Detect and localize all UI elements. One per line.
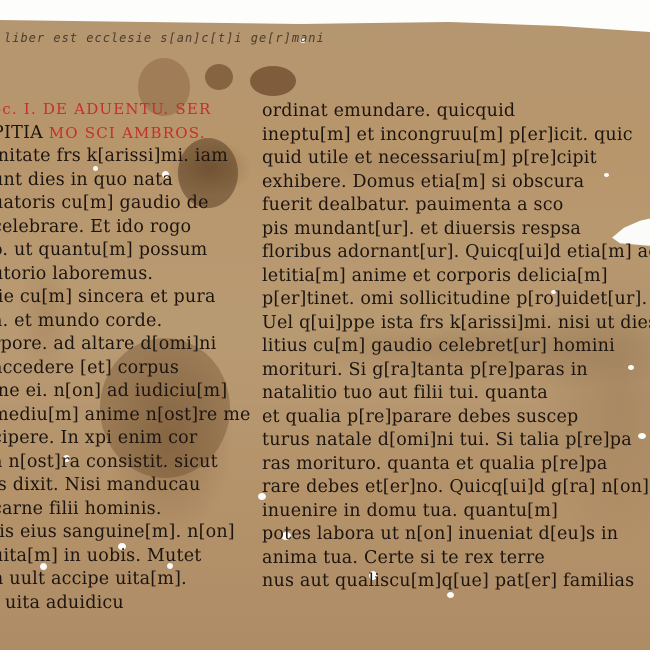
text-line: et qualia p[re]parare debes suscep [262, 406, 592, 430]
text-line: nus aut qualiscu[m]q[ue] pat[er] familia… [262, 570, 592, 594]
text-line: carne filii hominis. [0, 498, 232, 522]
text-line: ras morituro. quanta et qualia p[re]pa [262, 453, 592, 477]
text-line: letitia[m] anime et corporis delicia[m] [262, 265, 592, 289]
text-line: litius cu[m] gaudio celebret[ur] homini [262, 335, 592, 359]
text-line: uatoris cu[m] gaudio de [0, 192, 232, 216]
text-line: pis mundant[ur]. et diuersis respsa [262, 218, 592, 242]
text-line: inuenire in domu tua. quantu[m] [262, 500, 592, 524]
text-line: o. ut quantu[m] possum [0, 239, 232, 263]
text-line: exhibere. Domus etia[m] si obscura [262, 171, 592, 195]
text-line: t uita aduidicu [0, 592, 232, 616]
water-stain [205, 64, 233, 90]
text-line: unt dies in quo nata [0, 169, 232, 193]
text-line: ine ei. n[on] ad iudiciu[m] [0, 380, 232, 404]
rubric-red-text: MO SCI AMBROS. [49, 124, 206, 142]
ink-blot [250, 66, 296, 96]
text-line: cipere. In xpi enim cor [0, 427, 232, 451]
text-line: uita[m] in uobis. Mutet [0, 545, 232, 569]
text-line: ineptu[m] et incongruu[m] p[er]icit. qui… [262, 124, 592, 148]
text-line: tis eius sanguine[m]. n[on] [0, 521, 232, 545]
rubric-black-text: PITIA [0, 123, 49, 143]
text-line: natalitio tuo aut filii tui. quanta [262, 382, 592, 406]
text-line: fuerit dealbatur. pauimenta a sco [262, 194, 592, 218]
rubric-line: PITIA MO SCI AMBROS. [0, 122, 232, 146]
text-line: turus natale d[omi]ni tui. Si talia p[re… [262, 429, 592, 453]
text-line: quid utile et necessariu[m] p[re]cipit [262, 147, 592, 171]
ownership-note: liber est ecclesie s[an]c[t]i ge[r]mani [4, 31, 325, 45]
text-line: morituri. Si g[ra]tanta p[re]paras in [262, 359, 592, 383]
wormhole [638, 433, 646, 439]
text-line: potes labora ut n[on] inueniat d[eu]s in [262, 523, 592, 547]
text-line: rpore. ad altare d[omi]ni [0, 333, 232, 357]
text-line: anima tua. Certe si te rex terre [262, 547, 592, 571]
rubric-heading: oc. I. DE ADUENTU. SER [0, 98, 232, 122]
text-line: utorio laboremus. [0, 263, 232, 287]
wormhole [604, 173, 609, 177]
text-line: Uel q[ui]ppe ista frs k[arissi]mi. nisi … [262, 312, 592, 336]
text-line: a n[ost]ra consistit. sicut [0, 451, 232, 475]
text-line: a. et mundo corde. [0, 310, 232, 334]
text-line: rare debes et[er]no. Quicq[ui]d g[ra] n[… [262, 476, 592, 500]
wormhole [628, 365, 634, 370]
text-line: n uult accipe uita[m]. [0, 568, 232, 592]
text-line: is dixit. Nisi manducau [0, 474, 232, 498]
text-line: celebrare. Et ido rogo [0, 216, 232, 240]
text-line: floribus adornant[ur]. Quicq[ui]d etia[m… [262, 241, 592, 265]
text-line: lie cu[m] sincera et pura [0, 286, 232, 310]
text-line: ordinat emundare. quicquid [262, 100, 592, 124]
left-text-column: oc. I. DE ADUENTU. SER PITIA MO SCI AMBR… [0, 98, 232, 615]
text-line: accedere [et] corpus [0, 357, 232, 381]
text-line: p[er]tinet. omi sollicitudine p[ro]uidet… [262, 288, 592, 312]
text-line: mediu[m] anime n[ost]re me [0, 404, 232, 428]
right-text-column: ordinat emundare. quicquid ineptu[m] et … [262, 100, 592, 594]
text-line: initate frs k[arissi]mi. iam [0, 145, 232, 169]
